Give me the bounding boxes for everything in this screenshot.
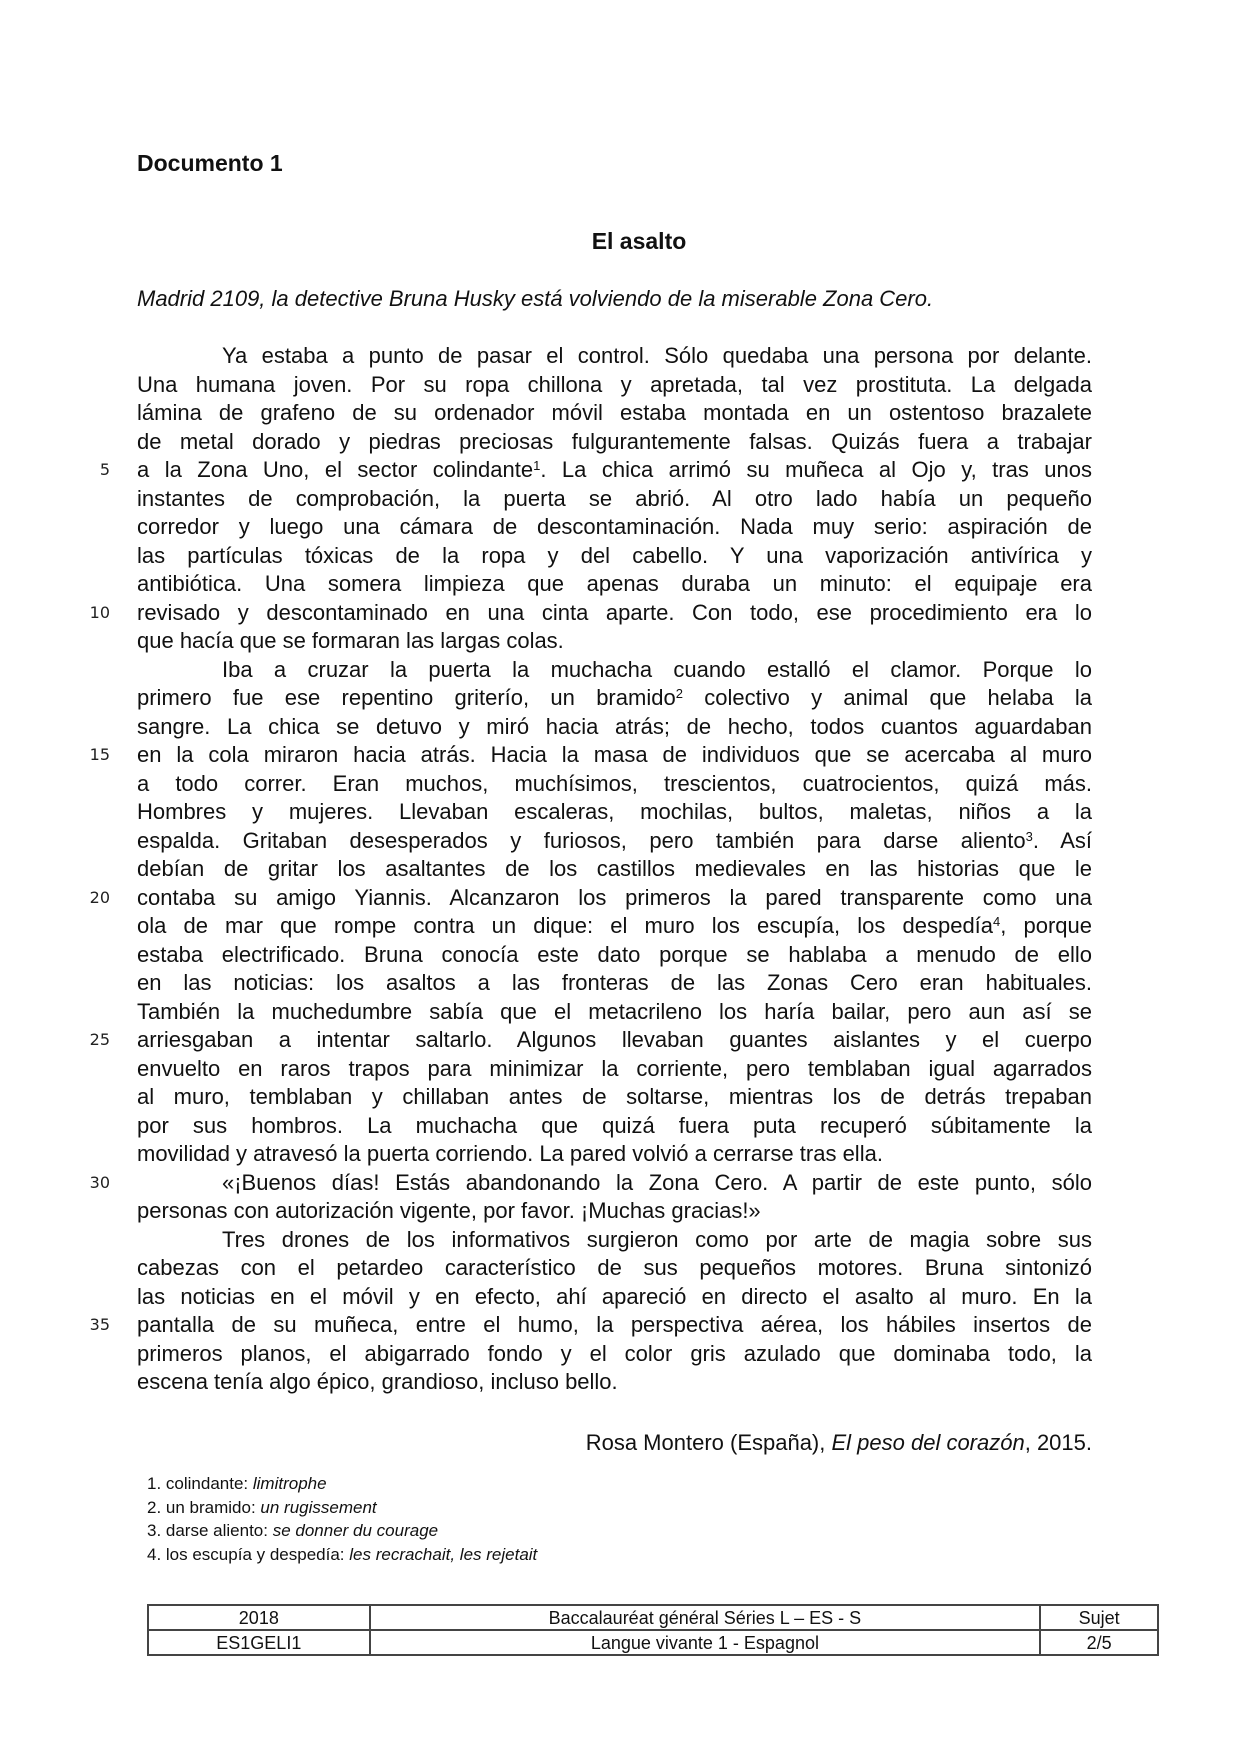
footer-row: ES1GELI1 Langue vivante 1 - Espagnol 2/5	[148, 1630, 1158, 1655]
footnote-translation: un rugissement	[260, 1498, 376, 1517]
footnote-ref: 1	[533, 458, 540, 473]
footnote-term: 3. darse aliento:	[147, 1521, 273, 1540]
footer-year: 2018	[148, 1605, 370, 1630]
text-line: pantalla de su muñeca, entre el humo, la…	[137, 1311, 1092, 1339]
text-line: lámina de grafeno de su ordenador móvil …	[137, 399, 1092, 427]
line-number: 25	[70, 1026, 110, 1054]
text-line: en las noticias: los asaltos a las front…	[137, 969, 1092, 997]
footnote-term: 4. los escupía y despedía:	[147, 1545, 349, 1564]
line-number: 5	[70, 456, 110, 484]
footer-subject: Langue vivante 1 - Espagnol	[370, 1630, 1041, 1655]
text-line: instantes de comprobación, la puerta se …	[137, 485, 1092, 513]
text-line: movilidad y atravesó la puerta corriendo…	[137, 1140, 1092, 1168]
text-line: corredor y luego una cámara de descontam…	[137, 513, 1092, 541]
text-line: personas con autorización vigente, por f…	[137, 1197, 1092, 1225]
footer-page: 2/5	[1040, 1630, 1158, 1655]
footnote-translation: les recrachait, les rejetait	[349, 1545, 537, 1564]
footnote: 1. colindante: limitrophe	[147, 1472, 537, 1496]
footnotes: 1. colindante: limitrophe 2. un bramido:…	[147, 1472, 537, 1566]
footer-code: ES1GELI1	[148, 1630, 370, 1655]
attribution-year: , 2015.	[1025, 1430, 1092, 1455]
line-number: 30	[70, 1169, 110, 1197]
footer-exam: Baccalauréat général Séries L – ES - S	[370, 1605, 1041, 1630]
text-line: primeros planos, el abigarrado fondo y e…	[137, 1340, 1092, 1368]
document-label: Documento 1	[137, 150, 283, 177]
footnote-term: 1. colindante:	[147, 1474, 253, 1493]
line-number: 35	[70, 1311, 110, 1339]
text-line: Iba a cruzar la puerta la muchacha cuand…	[137, 656, 1092, 684]
text-line: cabezas con el petardeo característico d…	[137, 1254, 1092, 1282]
text-line: «¡Buenos días! Estás abandonando la Zona…	[137, 1169, 1092, 1197]
document-title: El asalto	[0, 228, 1240, 255]
text-line: a todo correr. Eran muchos, muchísimos, …	[137, 770, 1092, 798]
text-line: estaba electrificado. Bruna conocía este…	[137, 941, 1092, 969]
text-line: las noticias en el móvil y en efecto, ah…	[137, 1283, 1092, 1311]
line-number: 20	[70, 884, 110, 912]
attribution: Rosa Montero (España), El peso del coraz…	[586, 1430, 1092, 1456]
text-line: a la Zona Uno, el sector colindante1. La…	[137, 456, 1092, 484]
text-line: antibiótica. Una somera limpieza que ape…	[137, 570, 1092, 598]
text-line: en la cola miraron hacia atrás. Hacia la…	[137, 741, 1092, 769]
text-line: contaba su amigo Yiannis. Alcanzaron los…	[137, 884, 1092, 912]
footnote-translation: limitrophe	[253, 1474, 327, 1493]
text-line: Hombres y mujeres. Llevaban escaleras, m…	[137, 798, 1092, 826]
text-line: que hacía que se formaran las largas col…	[137, 627, 1092, 655]
footer-sujet-label: Sujet	[1040, 1605, 1158, 1630]
text-line: espalda. Gritaban desesperados y furioso…	[137, 827, 1092, 855]
text-line: Una humana joven. Por su ropa chillona y…	[137, 371, 1092, 399]
line-number: 15	[70, 741, 110, 769]
footer-row: 2018 Baccalauréat général Séries L – ES …	[148, 1605, 1158, 1630]
footnote-ref: 2	[676, 686, 683, 701]
text-line: las partículas tóxicas de la ropa y del …	[137, 542, 1092, 570]
footnote-ref: 4	[993, 914, 1000, 929]
intro-text: Madrid 2109, la detective Bruna Husky es…	[137, 286, 933, 312]
text-line: de metal dorado y piedras preciosas fulg…	[137, 428, 1092, 456]
footnote-ref: 3	[1026, 829, 1033, 844]
text-line: por sus hombros. La muchacha que quizá f…	[137, 1112, 1092, 1140]
text-line: También la muchedumbre sabía que el meta…	[137, 998, 1092, 1026]
text-line: Ya estaba a punto de pasar el control. S…	[137, 342, 1092, 370]
footnote: 2. un bramido: un rugissement	[147, 1496, 537, 1520]
footnote: 3. darse aliento: se donner du courage	[147, 1519, 537, 1543]
text-line: al muro, temblaban y chillaban antes de …	[137, 1083, 1092, 1111]
attribution-author: Rosa Montero (España),	[586, 1430, 832, 1455]
text-line: debían de gritar los asaltantes de los c…	[137, 855, 1092, 883]
text-line: revisado y descontaminado en una cinta a…	[137, 599, 1092, 627]
text-line: ola de mar que rompe contra un dique: el…	[137, 912, 1092, 940]
text-line: escena tenía algo épico, grandioso, incl…	[137, 1368, 1092, 1396]
text-line: Tres drones de los informativos surgiero…	[137, 1226, 1092, 1254]
attribution-work: El peso del corazón	[831, 1430, 1024, 1455]
line-number: 10	[70, 599, 110, 627]
footnote-translation: se donner du courage	[273, 1521, 438, 1540]
text-line: sangre. La chica se detuvo y miró hacia …	[137, 713, 1092, 741]
text-line: arriesgaban a intentar saltarlo. Algunos…	[137, 1026, 1092, 1054]
text-line: envuelto en raros trapos para minimizar …	[137, 1055, 1092, 1083]
footnote: 4. los escupía y despedía: les recrachai…	[147, 1543, 537, 1567]
text-line: primero fue ese repentino griterío, un b…	[137, 684, 1092, 712]
footer-table: 2018 Baccalauréat général Séries L – ES …	[147, 1604, 1159, 1656]
footnote-term: 2. un bramido:	[147, 1498, 260, 1517]
